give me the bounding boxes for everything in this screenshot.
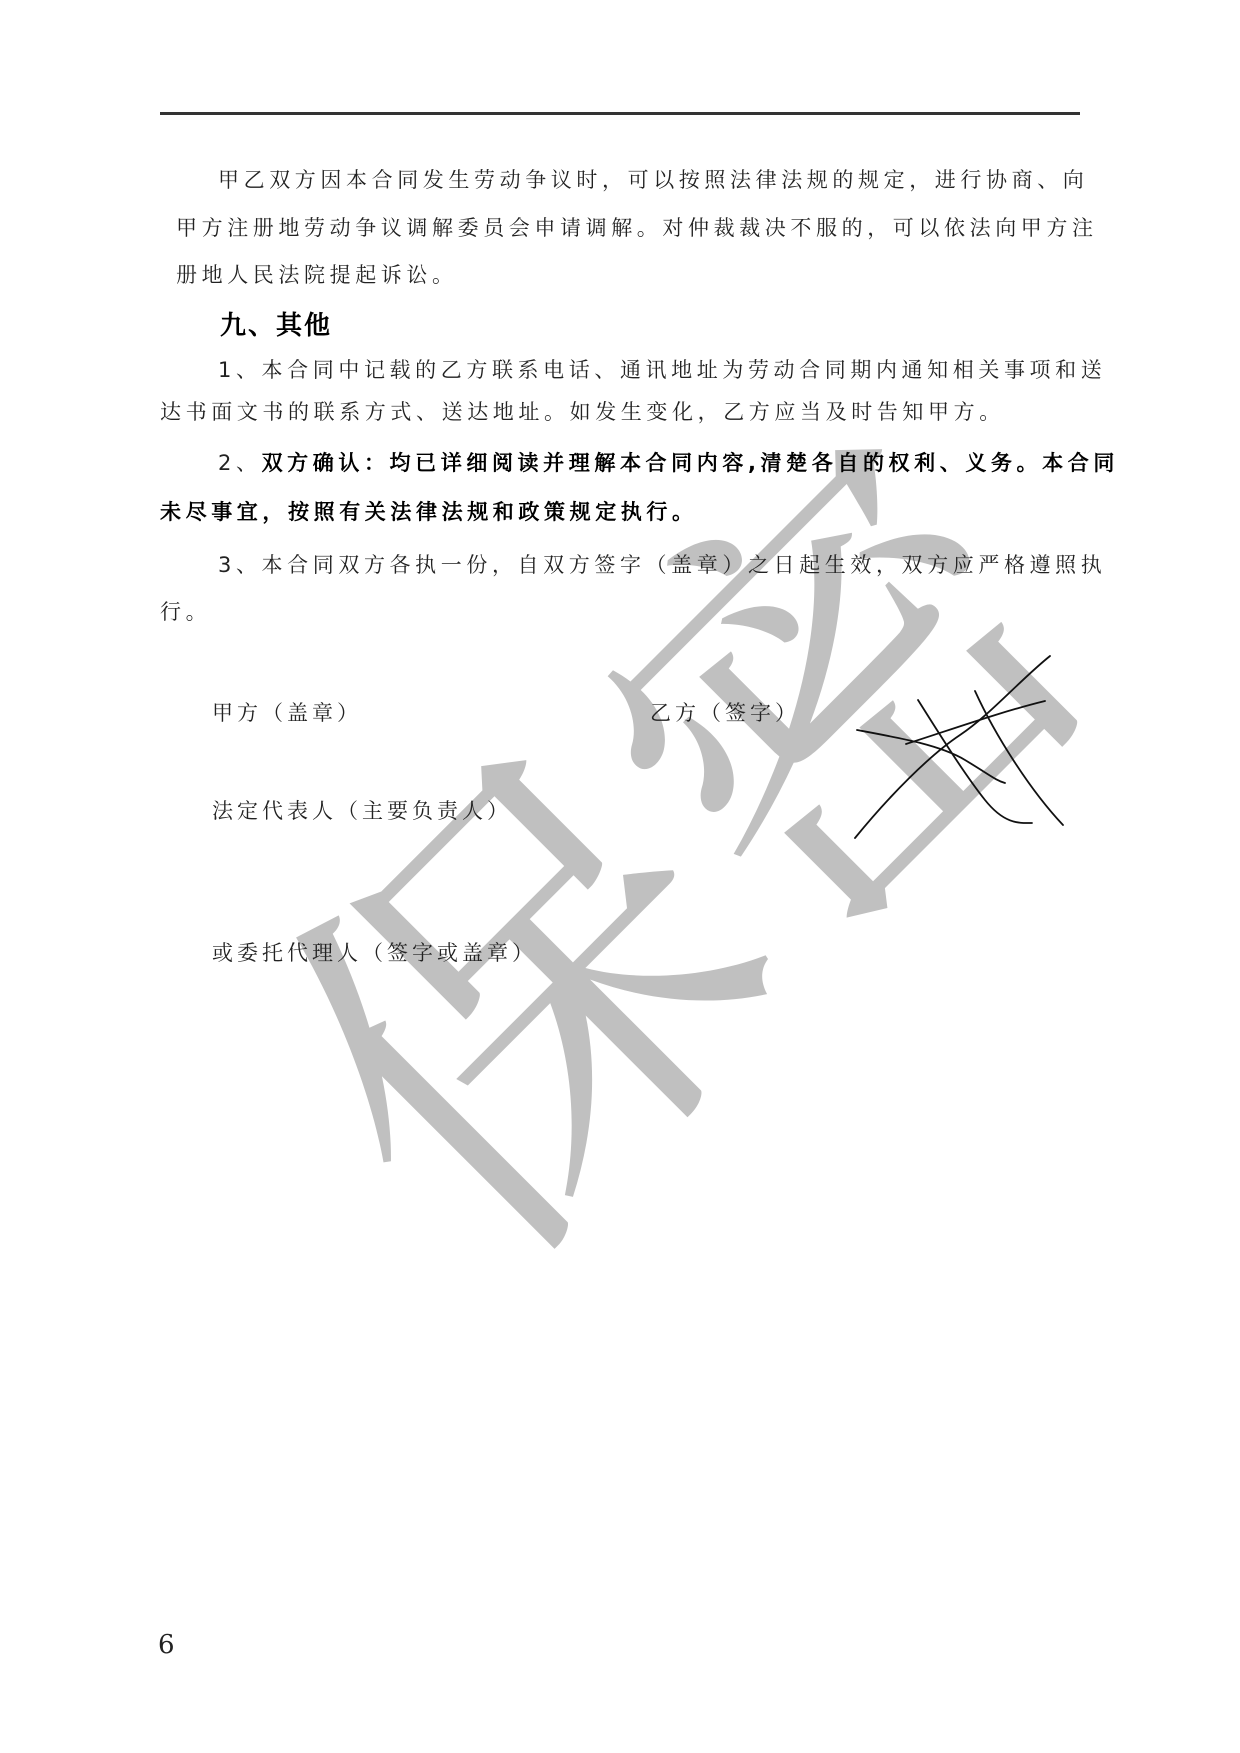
item-line: 1、本合同中记载的乙方联系电话、通讯地址为劳动合同期内通知相关事项和送 <box>218 355 1106 385</box>
legal-rep-label: 法定代表人（主要负责人） <box>212 795 512 825</box>
party-b-label: 乙方（签字） <box>650 697 800 727</box>
item-line: 2、双方确认：均已详细阅读并理解本合同内容,清楚各自的权利、义务。本合同 <box>218 448 1119 478</box>
item-line: 3、本合同双方各执一份，自双方签字（盖章）之日起生效，双方应严格遵照执 <box>218 550 1106 580</box>
party-a-label: 甲方（盖章） <box>212 697 362 727</box>
agent-label: 或委托代理人（签字或盖章） <box>212 937 537 967</box>
page-number: 6 <box>158 1630 175 1660</box>
item-line: 未尽事宜，按照有关法律法规和政策规定执行。 <box>160 497 698 527</box>
paragraph-line: 甲方注册地劳动争议调解委员会申请调解。对仲裁裁决不服的，可以依法向甲方注 <box>176 213 1098 243</box>
item-number: 2、 <box>218 451 262 475</box>
item-bold-text: 双方确认：均已详细阅读并理解本合同内容,清楚各自的权利、义务。本合同 <box>262 451 1119 475</box>
item-line: 达书面文书的联系方式、送达地址。如发生变化，乙方应当及时告知甲方。 <box>160 397 1005 427</box>
text-layer: 甲乙双方因本合同发生劳动争议时，可以按照法律法规的规定，进行协商、向 甲方注册地… <box>0 0 1240 1753</box>
section-heading: 九、其他 <box>220 305 332 342</box>
handwritten-signature <box>840 640 1080 860</box>
paragraph-line: 册地人民法院提起诉讼。 <box>176 260 458 290</box>
paragraph-line: 甲乙双方因本合同发生劳动争议时，可以按照法律法规的规定，进行协商、向 <box>218 165 1088 195</box>
document-page: 保密 甲乙双方因本合同发生劳动争议时，可以按照法律法规的规定，进行协商、向 甲方… <box>0 0 1240 1753</box>
item-line: 行。 <box>160 597 211 627</box>
